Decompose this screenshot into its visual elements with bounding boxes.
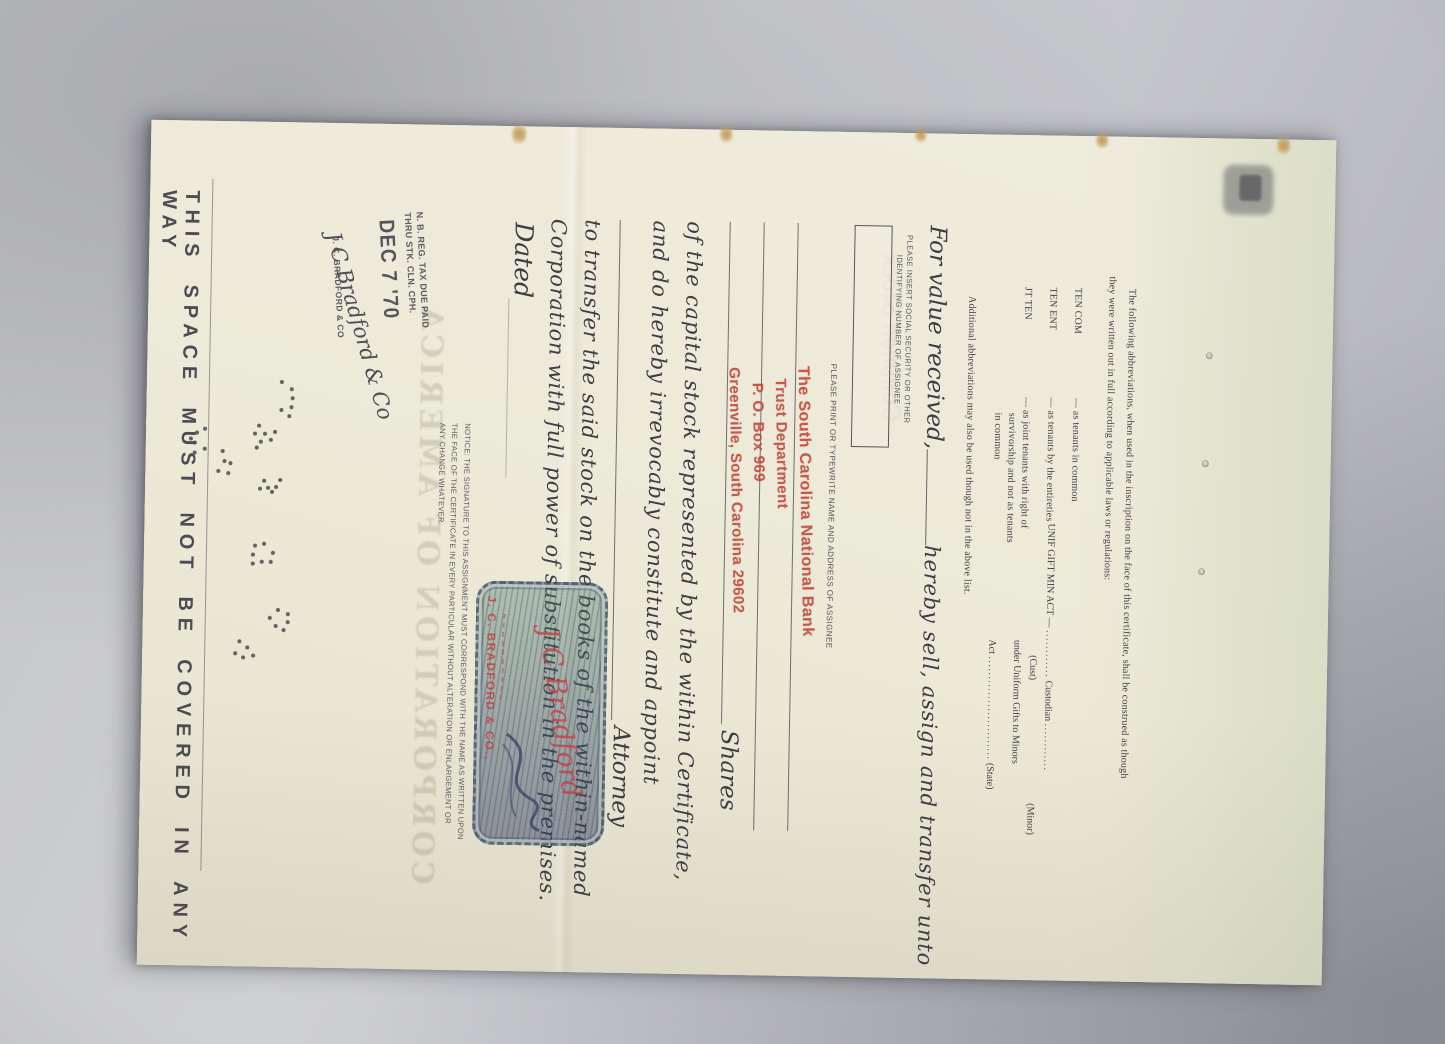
abbr-ten-ent: TEN ENT xyxy=(1047,287,1059,330)
print-caption: PLEASE PRINT OR TYPEWRITE NAME AND ADDRE… xyxy=(824,364,838,649)
for-value-text: For value received, xyxy=(921,225,951,449)
photo-surface: CORPORATION OF AMERICA Common Stock The … xyxy=(0,0,1445,1044)
unif-act-line: Act .......................... (State) xyxy=(984,639,998,789)
unif-minor-label: (Minor) xyxy=(1024,803,1036,835)
punch-cancellation xyxy=(255,644,259,648)
unif-act: Act xyxy=(986,639,997,654)
punch-cancellation xyxy=(282,484,286,488)
abbr-additional: Additional abbreviations may also be use… xyxy=(961,296,977,595)
assignee-stamp-line3: P. O. Box 969 xyxy=(746,383,773,638)
tape-stain xyxy=(915,127,926,143)
blank-assignor xyxy=(925,449,944,545)
bottom-strip-text: THIS SPACE MUST NOT BE COVERED IN ANY WA… xyxy=(144,190,204,966)
tape-stain xyxy=(512,123,526,145)
unif-dots1: ............ xyxy=(1043,630,1055,678)
abbr-ten-com-def: — as tenants in common xyxy=(1069,398,1082,502)
unif-gift-line: UNIF GIFT MIN ACT — ............ Custodi… xyxy=(1041,523,1056,771)
unif-under-line: under Uniform Gifts to Minors xyxy=(1009,640,1022,764)
pin-hole xyxy=(1205,352,1212,359)
assignee-stamp-line2: Trust Department xyxy=(769,378,797,637)
tax-stamp: N. B. REG. TAX DUE PAID THRU STK. CLN. C… xyxy=(330,211,437,424)
unif-custodian: Custodian xyxy=(1042,680,1054,721)
shares-label: Shares xyxy=(714,730,741,811)
sell-assign-text: hereby sell, assign and transfer unto xyxy=(913,545,944,966)
abbr-jt-ten: JT TEN xyxy=(1022,287,1034,320)
capital-stock-line: of the capital stock represented by the … xyxy=(671,221,707,881)
notice-text: NOTICE: THE SIGNATURE TO THIS ASSIGNMENT… xyxy=(428,423,473,842)
assignee-stamp-line1: The South Carolina National Bank xyxy=(792,366,820,637)
punch-cancellation xyxy=(231,451,235,455)
dated-label: Dated xyxy=(508,222,538,298)
ink-scribble xyxy=(475,584,605,844)
unif-gift-label: UNIF GIFT MIN ACT — xyxy=(1044,523,1057,627)
attorney-label: Attorney xyxy=(606,726,634,827)
tape-stain xyxy=(720,125,732,144)
assignee-stamp-line4: Greenville, South Carolina 29602 xyxy=(723,367,751,638)
punch-cancellation xyxy=(271,542,275,546)
abbr-ten-com: TEN COM xyxy=(1072,288,1084,334)
strip-rule xyxy=(200,179,213,871)
pin-hole xyxy=(1202,460,1209,467)
for-value-line: For value received,hereby sell, assign a… xyxy=(914,225,951,835)
punch-cancellation xyxy=(284,604,288,608)
tape-stain xyxy=(1096,131,1108,149)
certificate: CORPORATION OF AMERICA Common Stock The … xyxy=(137,120,1337,986)
punch-cancellation xyxy=(288,378,292,382)
abbr-jt-ten-def-wrap1: survivorship and not as tenants xyxy=(1004,413,1017,543)
guarantee-stamp: J C Bradford J. C. BRADFORD & CO., xyxy=(472,580,609,846)
unif-dots2: ............ xyxy=(1041,724,1053,772)
abbr-intro-line2: they were written out in full according … xyxy=(1102,276,1118,580)
showthrough-border-band xyxy=(1117,137,1337,985)
dated-line xyxy=(505,298,509,478)
ss-number-box xyxy=(851,225,893,448)
unif-act-dots: .......................... xyxy=(984,656,997,760)
constitute-line: and do hereby irrevocably constitute and… xyxy=(639,220,673,785)
punch-cancellation xyxy=(267,424,271,428)
pin-hole xyxy=(1198,568,1205,575)
dark-smudge-mark xyxy=(1239,175,1261,201)
abbr-ten-ent-def: — as tenants by the entireties xyxy=(1044,397,1057,521)
unif-cust-label: (Cust) xyxy=(1027,655,1038,680)
assignee-stamp: The South Carolina National Bank Trust D… xyxy=(723,366,820,638)
unif-state: (State) xyxy=(984,763,995,790)
ss-caption-line1: PLEASE INSERT SOCIAL SECURITY OR OTHER xyxy=(902,235,914,424)
abbr-jt-ten-def: — as joint tenants with right of xyxy=(1018,397,1031,529)
attorney-line xyxy=(611,220,621,720)
abbr-jt-ten-def-wrap2: in common xyxy=(992,412,1004,459)
